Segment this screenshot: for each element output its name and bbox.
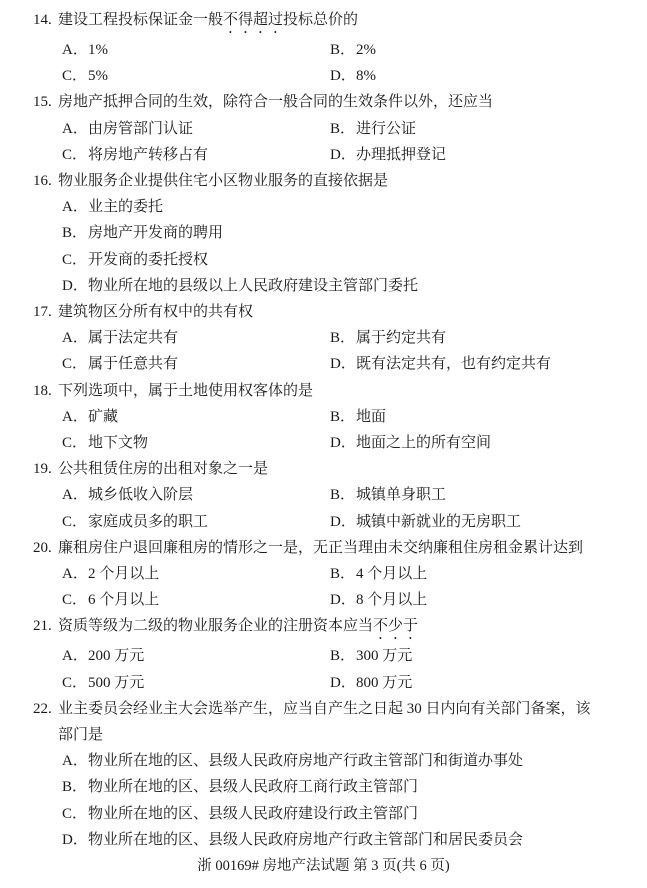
option-A: A．物业所在地的区、县级人民政府房地产行政主管部门和街道办事处 [62,748,607,774]
stem-text: 建筑物区分所有权中的共有权 [58,304,253,320]
option-A: A．1% [62,37,108,63]
option-text: 物业所在地的区、县级人民政府房地产行政主管部门和居民委员会 [88,832,523,848]
question-number: 18. [33,378,52,404]
question-17: 17.建筑物区分所有权中的共有权A．属于法定共有B．属于约定共有C．属于任意共有… [0,299,647,378]
question-stem-row: 16.物业服务企业提供住宅小区物业服务的直接依据是 [0,168,647,194]
questions-container: 14.建设工程投标保证金一般不得超过投标总价的A．1%B．2%C．5%D．8%1… [0,7,647,853]
option-D: D．8% [330,63,376,89]
question-number: 16. [33,168,52,194]
question-22: 22.业主委员会经业主大会选举产生，应当自产生之日起 30 日内向有关部门备案，… [0,696,647,853]
option-B: B．进行公证 [330,116,416,142]
question-stem-row: 14.建设工程投标保证金一般不得超过投标总价的 [0,7,647,37]
option-text: 500 万元 [88,675,144,691]
option-letter: A． [62,482,88,508]
option-B: B．4 个月以上 [330,561,427,587]
emphasized-text: 不少于 [373,618,418,634]
option-letter: D． [62,827,88,853]
option-B: B．2% [330,37,376,63]
option-letter: B． [330,116,356,142]
options-two-column: A．城乡低收入阶层B．城镇单身职工C．家庭成员多的职工D．城镇中新就业的无房职工 [0,482,647,534]
question-stem-row: 18.下列选项中，属于土地使用权客体的是 [0,378,647,404]
option-text: 物业所在地的区、县级人民政府房地产行政主管部门和街道办事处 [88,753,523,769]
question-number: 20. [33,535,52,561]
option-text: 8 个月以上 [356,592,427,608]
option-text: 地面之上的所有空间 [356,435,491,451]
option-letter: B． [330,561,356,587]
question-16: 16.物业服务企业提供住宅小区物业服务的直接依据是A．业主的委托B．房地产开发商… [0,168,647,299]
option-C: C．6 个月以上 [62,587,159,613]
option-letter: A． [62,116,88,142]
option-letter: D． [330,670,356,696]
question-stem-row: 17.建筑物区分所有权中的共有权 [0,299,647,325]
option-text: 物业所在地的县级以上人民政府建设主管部门委托 [88,278,418,294]
option-text: 办理抵押登记 [356,147,446,163]
option-text: 物业所在地的区、县级人民政府建设行政主管部门 [88,806,418,822]
option-text: 4 个月以上 [356,566,427,582]
option-C: C．将房地产转移占有 [62,142,208,168]
option-letter: C． [62,670,88,696]
option-text: 房地产开发商的聘用 [88,225,223,241]
question-number: 17. [33,299,52,325]
stem-text: 投标总价的 [283,12,358,28]
question-15: 15.房地产抵押合同的生效，除符合一般合同的生效条件以外，还应当A．由房管部门认… [0,89,647,168]
emphasized-text: 不得超过 [223,12,283,28]
option-text: 进行公证 [356,121,416,137]
option-letter: A． [62,748,88,774]
question-number: 15. [33,89,52,115]
option-text: 城镇中新就业的无房职工 [356,514,521,530]
options-two-column: A．属于法定共有B．属于约定共有C．属于任意共有D．既有法定共有，也有约定共有 [0,325,647,377]
option-text: 属于约定共有 [356,330,446,346]
stem-text: 物业服务企业提供住宅小区物业服务的直接依据是 [58,173,388,189]
option-letter: C． [62,587,88,613]
option-C: C．开发商的委托授权 [62,247,607,273]
option-text: 5% [88,68,108,84]
option-D: D．城镇中新就业的无房职工 [330,509,521,535]
option-text: 物业所在地的区、县级人民政府工商行政主管部门 [88,779,418,795]
question-stem: 廉租房住户退回廉租房的情形之一是，无正当理由未交纳廉租住房租金累计达到 [58,540,583,556]
option-D: D．物业所在地的县级以上人民政府建设主管部门委托 [62,273,607,299]
option-A: A．200 万元 [62,643,144,669]
option-text: 城镇单身职工 [356,487,446,503]
option-text: 地下文物 [88,435,148,451]
option-letter: A． [62,561,88,587]
question-stem: 业主委员会经业主大会选举产生，应当自产生之日起 30 日内向有关部门备案，该部门… [58,701,591,743]
options-one-column: A．业主的委托B．房地产开发商的聘用C．开发商的委托授权D．物业所在地的县级以上… [0,194,647,299]
option-C: C．地下文物 [62,430,148,456]
option-text: 800 万元 [356,675,412,691]
option-B: B．300 万元 [330,643,412,669]
option-C: C．物业所在地的区、县级人民政府建设行政主管部门 [62,801,607,827]
option-text: 200 万元 [88,648,144,664]
option-A: A．业主的委托 [62,194,607,220]
option-letter: D． [330,63,356,89]
stem-text: 房地产抵押合同的生效，除符合一般合同的生效条件以外，还应当 [58,94,493,110]
option-letter: D． [62,273,88,299]
option-text: 业主的委托 [88,199,163,215]
options-two-column: A．200 万元B．300 万元C．500 万元D．800 万元 [0,643,647,695]
option-text: 2 个月以上 [88,566,159,582]
option-text: 家庭成员多的职工 [88,514,208,530]
question-stem: 建设工程投标保证金一般不得超过投标总价的 [58,12,358,28]
option-text: 300 万元 [356,648,412,664]
stem-text: 建设工程投标保证金一般 [58,12,223,28]
option-letter: B． [330,404,356,430]
option-A: A．属于法定共有 [62,325,178,351]
question-number: 22. [33,696,52,722]
option-letter: D． [330,142,356,168]
option-letter: B． [330,643,356,669]
options-two-column: A．由房管部门认证B．进行公证C．将房地产转移占有D．办理抵押登记 [0,116,647,168]
question-stem-row: 19.公共租赁住房的出租对象之一是 [0,456,647,482]
option-text: 地面 [356,409,386,425]
option-letter: A． [62,404,88,430]
options-one-column: A．物业所在地的区、县级人民政府房地产行政主管部门和街道办事处B．物业所在地的区… [0,748,647,853]
question-stem-row: 21.资质等级为二级的物业服务企业的注册资本应当不少于 [0,613,647,643]
option-letter: B． [330,37,356,63]
option-C: C．500 万元 [62,670,144,696]
option-D: D．地面之上的所有空间 [330,430,491,456]
option-letter: A． [62,37,88,63]
option-C: C．5% [62,63,108,89]
option-B: B．地面 [330,404,386,430]
question-stem: 房地产抵押合同的生效，除符合一般合同的生效条件以外，还应当 [58,94,493,110]
option-text: 1% [88,42,108,58]
option-text: 既有法定共有，也有约定共有 [356,356,551,372]
option-text: 由房管部门认证 [88,121,193,137]
question-21: 21.资质等级为二级的物业服务企业的注册资本应当不少于A．200 万元B．300… [0,613,647,695]
page-footer: 浙 00169# 房地产法试题 第 3 页(共 6 页) [0,853,647,879]
option-C: C．家庭成员多的职工 [62,509,208,535]
option-B: B．房地产开发商的聘用 [62,220,607,246]
option-B: B．物业所在地的区、县级人民政府工商行政主管部门 [62,774,607,800]
options-two-column: A．1%B．2%C．5%D．8% [0,37,647,89]
option-letter: B． [62,774,88,800]
stem-text: 廉租房住户退回廉租房的情形之一是，无正当理由未交纳廉租住房租金累计达到 [58,540,583,556]
option-D: D．既有法定共有，也有约定共有 [330,351,551,377]
option-text: 属于法定共有 [88,330,178,346]
question-19: 19.公共租赁住房的出租对象之一是A．城乡低收入阶层B．城镇单身职工C．家庭成员… [0,456,647,535]
question-14: 14.建设工程投标保证金一般不得超过投标总价的A．1%B．2%C．5%D．8% [0,7,647,89]
option-text: 矿藏 [88,409,118,425]
option-letter: C． [62,430,88,456]
option-letter: C． [62,351,88,377]
option-letter: D． [330,587,356,613]
option-text: 2% [356,42,376,58]
question-stem-row: 15.房地产抵押合同的生效，除符合一般合同的生效条件以外，还应当 [0,89,647,115]
question-stem: 公共租赁住房的出租对象之一是 [58,461,268,477]
option-D: D．办理抵押登记 [330,142,446,168]
option-text: 8% [356,68,376,84]
option-letter: A． [62,325,88,351]
stem-text: 业主委员会经业主大会选举产生，应当自产生之日起 30 日内向有关部门备案，该部门… [58,701,591,743]
option-D: D．8 个月以上 [330,587,427,613]
stem-text: 资质等级为二级的物业服务企业的注册资本应当 [58,618,373,634]
option-A: A．城乡低收入阶层 [62,482,193,508]
option-text: 将房地产转移占有 [88,147,208,163]
stem-text: 公共租赁住房的出租对象之一是 [58,461,268,477]
option-B: B．属于约定共有 [330,325,446,351]
question-number: 14. [33,7,52,33]
options-two-column: A．2 个月以上B．4 个月以上C．6 个月以上D．8 个月以上 [0,561,647,613]
option-letter: D． [330,351,356,377]
option-text: 开发商的委托授权 [88,252,208,268]
question-number: 19. [33,456,52,482]
option-A: A．矿藏 [62,404,118,430]
option-B: B．城镇单身职工 [330,482,446,508]
options-two-column: A．矿藏B．地面C．地下文物D．地面之上的所有空间 [0,404,647,456]
question-stem: 资质等级为二级的物业服务企业的注册资本应当不少于 [58,618,418,634]
question-list: 14.建设工程投标保证金一般不得超过投标总价的A．1%B．2%C．5%D．8%1… [0,0,647,879]
option-D: D．800 万元 [330,670,412,696]
stem-text: 下列选项中，属于土地使用权客体的是 [58,383,313,399]
option-letter: B． [330,482,356,508]
option-A: A．2 个月以上 [62,561,159,587]
option-text: 属于任意共有 [88,356,178,372]
option-letter: A． [62,194,88,220]
question-stem-row: 20.廉租房住户退回廉租房的情形之一是，无正当理由未交纳廉租住房租金累计达到 [0,535,647,561]
option-C: C．属于任意共有 [62,351,178,377]
option-letter: D． [330,430,356,456]
option-letter: C． [62,63,88,89]
option-text: 城乡低收入阶层 [88,487,193,503]
exam-page: 14.建设工程投标保证金一般不得超过投标总价的A．1%B．2%C．5%D．8%1… [0,0,647,888]
option-D: D．物业所在地的区、县级人民政府房地产行政主管部门和居民委员会 [62,827,607,853]
option-text: 6 个月以上 [88,592,159,608]
question-18: 18.下列选项中，属于土地使用权客体的是A．矿藏B．地面C．地下文物D．地面之上… [0,378,647,457]
option-letter: A． [62,643,88,669]
option-letter: C． [62,801,88,827]
question-stem: 建筑物区分所有权中的共有权 [58,304,253,320]
question-20: 20.廉租房住户退回廉租房的情形之一是，无正当理由未交纳廉租住房租金累计达到A．… [0,535,647,614]
question-stem: 下列选项中，属于土地使用权客体的是 [58,383,313,399]
question-stem-row: 22.业主委员会经业主大会选举产生，应当自产生之日起 30 日内向有关部门备案，… [0,696,647,748]
question-number: 21. [33,613,52,639]
question-stem: 物业服务企业提供住宅小区物业服务的直接依据是 [58,173,388,189]
option-letter: C． [62,142,88,168]
option-letter: C． [62,509,88,535]
option-letter: B． [62,220,88,246]
option-letter: B． [330,325,356,351]
option-letter: C． [62,247,88,273]
option-A: A．由房管部门认证 [62,116,193,142]
option-letter: D． [330,509,356,535]
